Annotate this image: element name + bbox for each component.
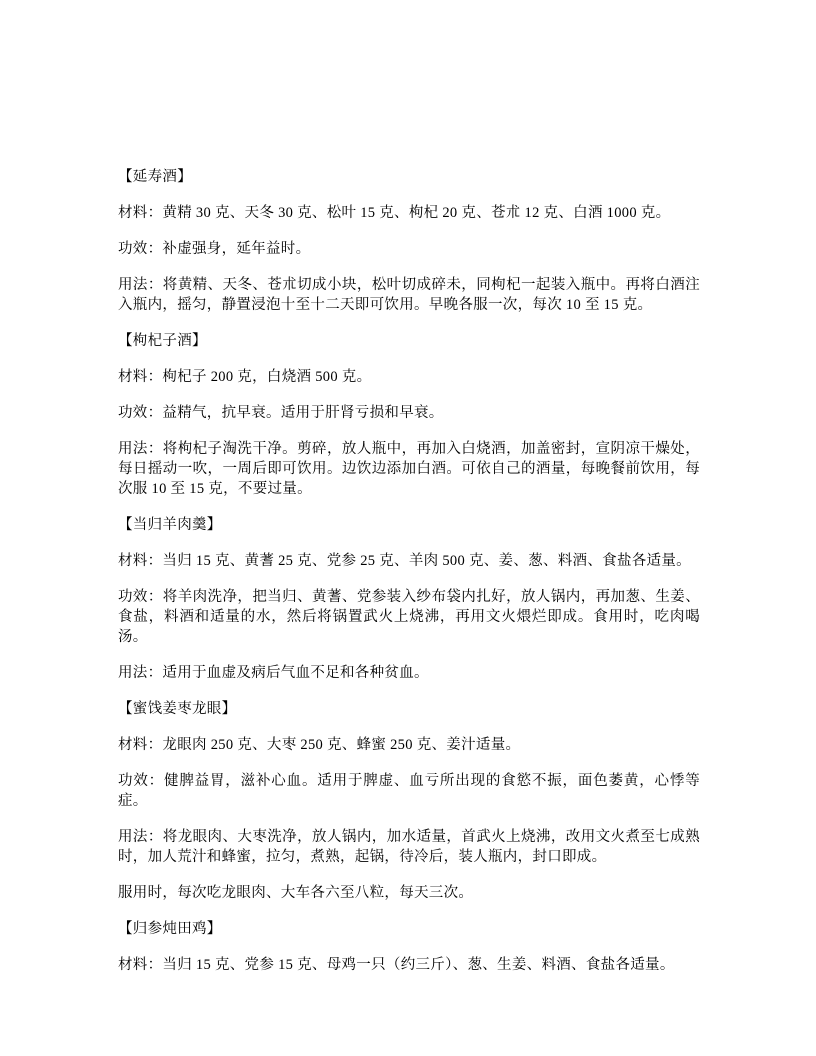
effects-paragraph: 功效：健脾益胃，滋补心血。适用于脾虚、血亏所出现的食慾不振，面色萎黄，心悸等症。 — [118, 771, 700, 811]
usage-paragraph: 用法：适用于血虚及病后气血不足和各种贫血。 — [118, 663, 700, 683]
serving-paragraph: 服用时，每次吃龙眼肉、大车各六至八粒，每天三次。 — [118, 883, 700, 903]
recipe-section-gouqizi-jiu: 【枸杞子酒】 材料：枸杞子 200 克，白烧酒 500 克。 功效：益精气，抗早… — [118, 331, 700, 499]
recipe-section-guishen-dun-tianji: 【归参炖田鸡】 材料：当归 15 克、党参 15 克、母鸡一只（约三斤）、葱、生… — [118, 919, 700, 975]
section-title: 【归参炖田鸡】 — [118, 919, 700, 939]
recipe-section-mijian-jiangzao-longyan: 【蜜饯姜枣龙眼】 材料：龙眼肉 250 克、大枣 250 克、蜂蜜 250 克、… — [118, 699, 700, 903]
effects-paragraph: 功效：将羊肉洗净，把当归、黄蓍、党参装入纱布袋内扎好，放人锅内，再加葱、生姜、食… — [118, 587, 700, 647]
section-title: 【蜜饯姜枣龙眼】 — [118, 699, 700, 719]
effects-paragraph: 功效：益精气，抗早衰。适用于肝肾亏损和早衰。 — [118, 403, 700, 423]
document-content: 【延寿酒】 材料：黄精 30 克、天冬 30 克、松叶 15 克、枸杞 20 克… — [118, 167, 700, 991]
recipe-section-danggui-yangrou-geng: 【当归羊肉羹】 材料：当归 15 克、黄蓍 25 克、党参 25 克、羊肉 50… — [118, 515, 700, 683]
recipe-section-yanshou-jiu: 【延寿酒】 材料：黄精 30 克、天冬 30 克、松叶 15 克、枸杞 20 克… — [118, 167, 700, 315]
section-title: 【枸杞子酒】 — [118, 331, 700, 351]
section-title: 【当归羊肉羹】 — [118, 515, 700, 535]
usage-paragraph: 用法：将枸杞子淘洗干净。剪碎，放人瓶中，再加入白烧酒，加盖密封，宣阴凉干燥处，每… — [118, 439, 700, 499]
materials-paragraph: 材料：黄精 30 克、天冬 30 克、松叶 15 克、枸杞 20 克、苍朮 12… — [118, 203, 700, 223]
usage-paragraph: 用法：将龙眼肉、大枣洗净，放人锅内，加水适量，首武火上烧沸，改用文火煮至七成熟时… — [118, 827, 700, 867]
materials-paragraph: 材料：枸杞子 200 克，白烧酒 500 克。 — [118, 367, 700, 387]
document-page: 【延寿酒】 材料：黄精 30 克、天冬 30 克、松叶 15 克、枸杞 20 克… — [0, 0, 816, 1056]
materials-paragraph: 材料：当归 15 克、黄蓍 25 克、党参 25 克、羊肉 500 克、姜、葱、… — [118, 551, 700, 571]
usage-paragraph: 用法：将黄精、天冬、苍朮切成小块，松叶切成碎未，同枸杞一起装入瓶中。再将白酒注入… — [118, 275, 700, 315]
effects-paragraph: 功效：补虚强身，延年益时。 — [118, 239, 700, 259]
section-title: 【延寿酒】 — [118, 167, 700, 187]
materials-paragraph: 材料：当归 15 克、党参 15 克、母鸡一只（约三斤）、葱、生姜、料酒、食盐各… — [118, 955, 700, 975]
materials-paragraph: 材料：龙眼肉 250 克、大枣 250 克、蜂蜜 250 克、姜汁适量。 — [118, 735, 700, 755]
